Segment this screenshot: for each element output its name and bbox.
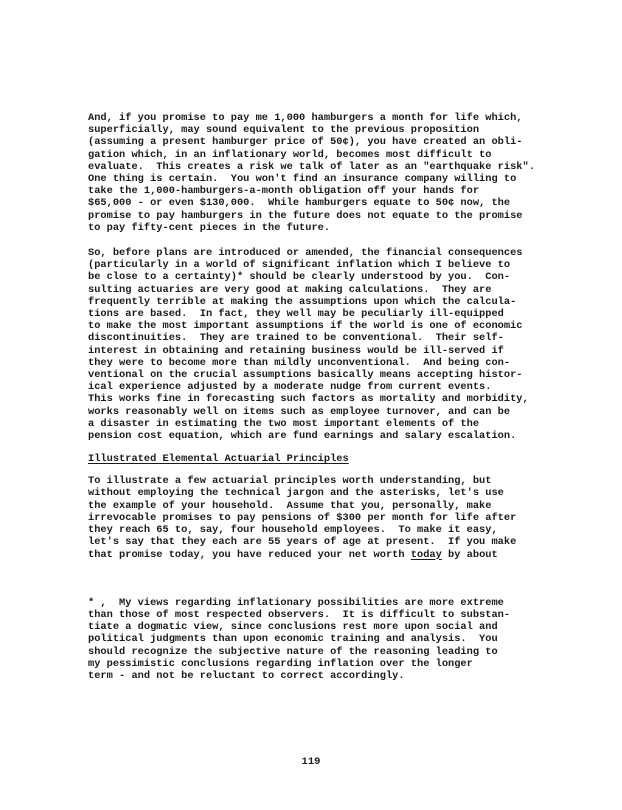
page-number: 119 bbox=[0, 756, 622, 768]
paragraph-hamburger-promise: And, if you promise to pay me 1,000 hamb… bbox=[88, 112, 568, 234]
page-content: And, if you promise to pay me 1,000 hamb… bbox=[88, 112, 568, 682]
paragraph-household-example: To illustrate a few actuarial principles… bbox=[88, 475, 568, 560]
underlined-word-today: today bbox=[411, 549, 442, 561]
footnote-inflation-views: * , My views regarding inflationary poss… bbox=[88, 597, 568, 682]
paragraph-actuaries: So, before plans are introduced or amend… bbox=[88, 247, 568, 442]
document-page: And, if you promise to pay me 1,000 hamb… bbox=[0, 0, 622, 810]
section-heading: Illustrated Elemental Actuarial Principl… bbox=[88, 453, 568, 466]
paragraph-household-text-after: by about bbox=[442, 549, 498, 561]
